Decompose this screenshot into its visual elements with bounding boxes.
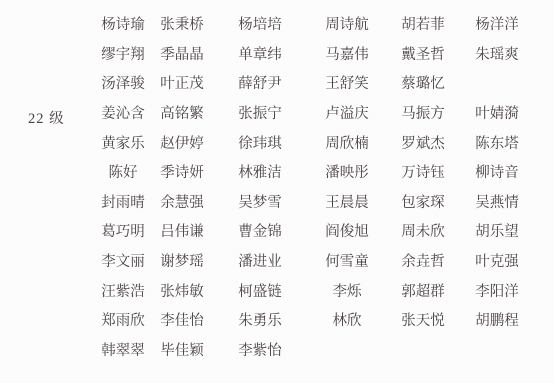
student-name: 毕佳颖 [154,339,210,360]
student-name: 李佳怡 [154,309,210,330]
student-name: 姜沁含 [92,102,154,123]
roster-row: 汤泽骏叶正茂薛舒尹王舒笑蔡璐忆 [92,68,532,98]
student-name: 郑雨欣 [92,309,154,330]
student-name: 叶正茂 [154,72,210,93]
student-name: 朱勇乐 [210,309,310,330]
student-name: 张振宁 [210,102,310,123]
student-name: 韩翠翠 [92,339,154,360]
student-name: 李紫怡 [210,339,310,360]
student-name: 戴圣哲 [384,43,462,64]
name-grid: 杨诗瑜张秉桥杨培培周诗航胡若菲杨洋洋缪宇翔季晶晶单章纬马嘉伟戴圣哲朱瑶爽汤泽骏叶… [92,9,532,364]
student-name: 吴梦雪 [210,191,310,212]
student-name: 谢梦瑶 [154,250,210,271]
student-name: 胡鹏程 [462,309,532,330]
student-name: 柳诗音 [462,161,532,182]
student-name: 单章纬 [210,43,310,64]
student-name: 汪紫浩 [92,280,154,301]
roster-row: 李文丽谢梦瑶潘进业何雪童余垚哲叶克强 [92,246,532,276]
student-name: 周欣楠 [310,132,384,153]
student-name: 马嘉伟 [310,43,384,64]
student-name: 杨诗瑜 [92,13,154,34]
student-name: 张天悦 [384,309,462,330]
student-name: 杨培培 [210,13,310,34]
student-name: 包家琛 [384,191,462,212]
student-name: 季晶晶 [154,43,210,64]
student-name: 陈东塔 [462,132,532,153]
student-name: 罗斌杰 [384,132,462,153]
roster-row: 韩翠翠毕佳颖李紫怡 [92,335,532,365]
roster-row: 封雨晴余慧强吴梦雪王晨晨包家琛吴燕情 [92,187,532,217]
student-name: 吕伟谦 [154,220,210,241]
student-name: 封雨晴 [92,191,154,212]
student-name: 汤泽骏 [92,72,154,93]
student-name: 张秉桥 [154,13,210,34]
student-name: 叶克强 [462,250,532,271]
student-name: 余慧强 [154,191,210,212]
roster-row: 缪宇翔季晶晶单章纬马嘉伟戴圣哲朱瑶爽 [92,39,532,69]
student-name: 杨洋洋 [462,13,532,34]
student-name: 周诗航 [310,13,384,34]
roster-row: 葛巧明吕伟谦曹金锦阎俊旭周未欣胡乐望 [92,216,532,246]
student-name: 薛舒尹 [210,72,310,93]
student-name: 胡若菲 [384,13,462,34]
roster-row: 汪紫浩张炜敏柯盛链李烁郭超群李阳洋 [92,275,532,305]
student-name: 张炜敏 [154,280,210,301]
student-name: 王舒笑 [310,72,384,93]
roster-page: 22 级 杨诗瑜张秉桥杨培培周诗航胡若菲杨洋洋缪宇翔季晶晶单章纬马嘉伟戴圣哲朱瑶… [0,0,554,383]
student-name: 李阳洋 [462,280,532,301]
student-name: 叶婧漪 [462,102,532,123]
student-name: 林雅洁 [210,161,310,182]
student-name: 吴燕情 [462,191,532,212]
student-name: 李文丽 [92,250,154,271]
roster-row: 杨诗瑜张秉桥杨培培周诗航胡若菲杨洋洋 [92,9,532,39]
roster-row: 黄家乐赵伊婷徐玮琪周欣楠罗斌杰陈东塔 [92,127,532,157]
student-name: 林欣 [310,309,384,330]
student-name: 郭超群 [384,280,462,301]
student-name: 余垚哲 [384,250,462,271]
student-name: 季诗妍 [154,161,210,182]
student-name: 葛巧明 [92,220,154,241]
student-name: 柯盛链 [210,280,310,301]
student-name: 黄家乐 [92,132,154,153]
roster-row: 郑雨欣李佳怡朱勇乐林欣张天悦胡鹏程 [92,305,532,335]
student-name: 卢溢庆 [310,102,384,123]
grade-label: 22 级 [28,107,65,128]
student-name: 蔡璐忆 [384,72,462,93]
roster-row: 姜沁含高铭繁张振宁卢溢庆马振方叶婧漪 [92,98,532,128]
student-name: 王晨晨 [310,191,384,212]
student-name: 高铭繁 [154,102,210,123]
student-name: 李烁 [310,280,384,301]
student-name: 胡乐望 [462,220,532,241]
student-name: 曹金锦 [210,220,310,241]
roster-row: 陈好季诗妍林雅洁潘映彤万诗钰柳诗音 [92,157,532,187]
student-name: 何雪童 [310,250,384,271]
student-name: 徐玮琪 [210,132,310,153]
student-name: 万诗钰 [384,161,462,182]
student-name: 朱瑶爽 [462,43,532,64]
student-name: 缪宇翔 [92,43,154,64]
student-name: 陈好 [92,161,154,182]
student-name: 马振方 [384,102,462,123]
student-name: 周未欣 [384,220,462,241]
student-name: 潘进业 [210,250,310,271]
student-name: 潘映彤 [310,161,384,182]
student-name: 阎俊旭 [310,220,384,241]
student-name: 赵伊婷 [154,132,210,153]
